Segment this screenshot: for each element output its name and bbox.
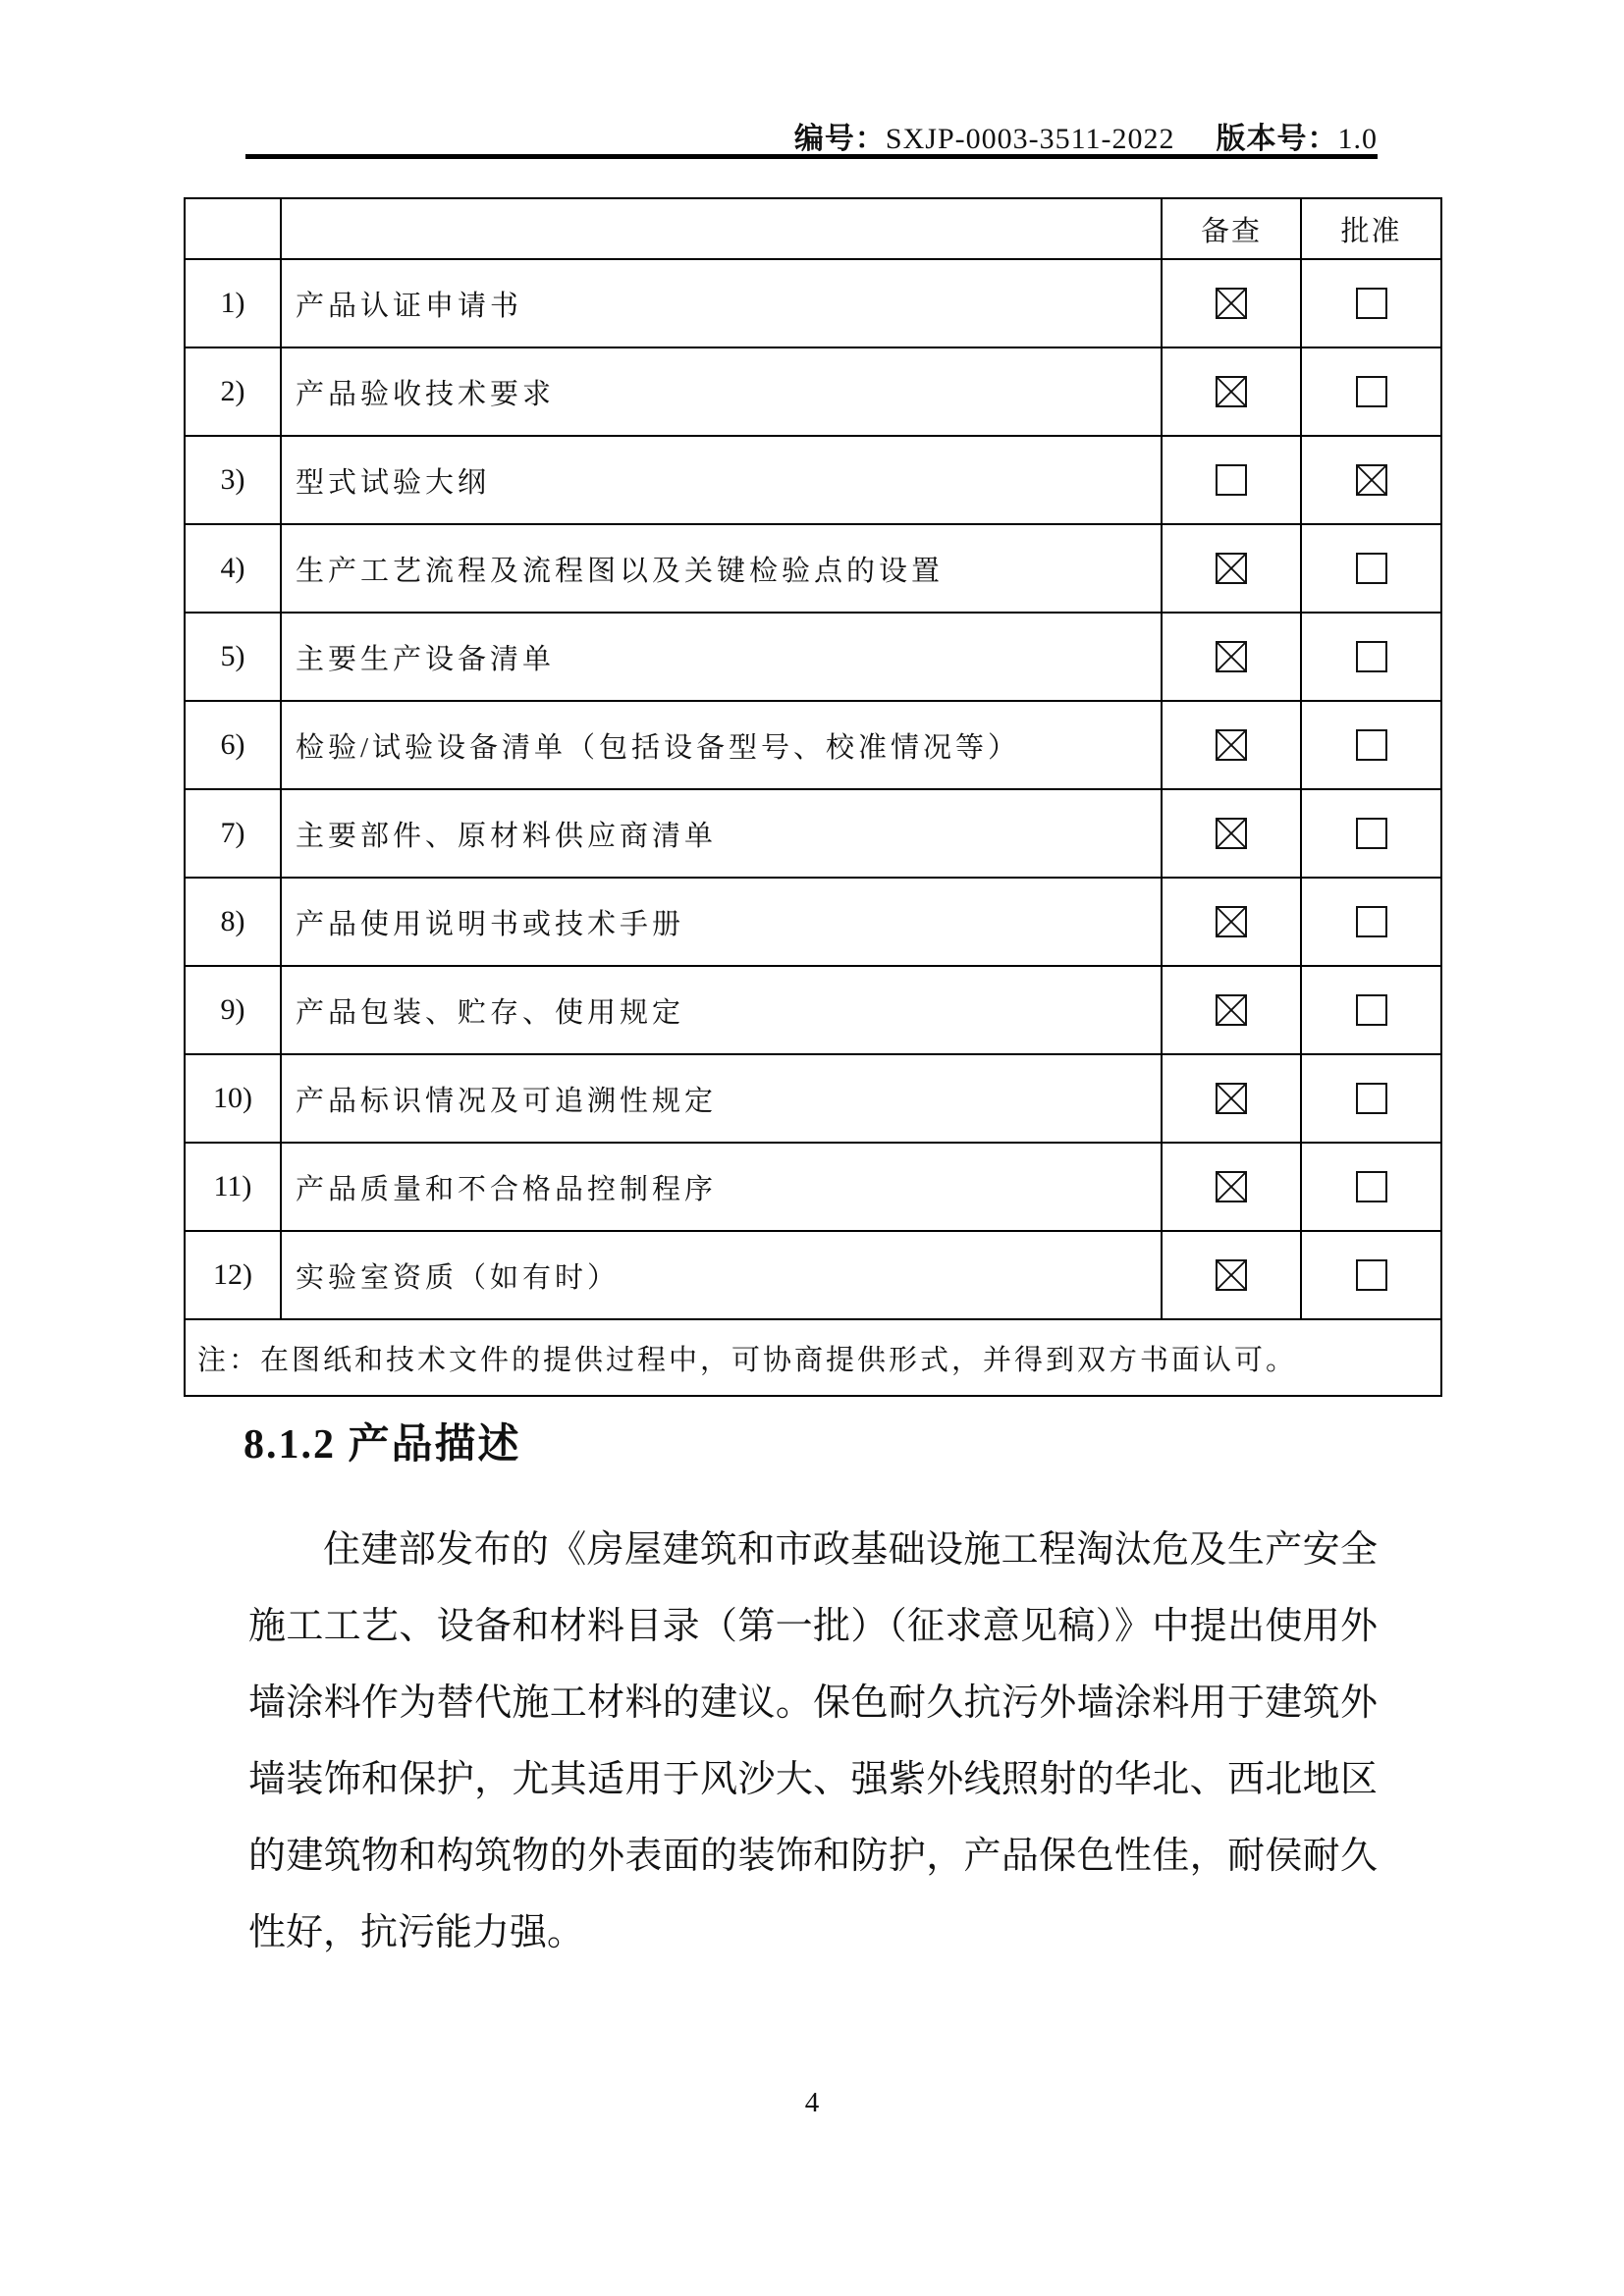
version-value: 1.0: [1338, 123, 1379, 155]
approval-checkbox: [1356, 818, 1387, 849]
for-record-checkbox: [1216, 376, 1247, 407]
row-item-label: 产品包装、贮存、使用规定: [281, 966, 1162, 1054]
for-record-checkbox: [1216, 553, 1247, 584]
for-record-checkbox: [1216, 994, 1247, 1026]
approval-checkbox: [1356, 729, 1387, 761]
page-number: 4: [0, 2087, 1624, 2119]
table-note-row: 注：在图纸和技术文件的提供过程中，可协商提供形式，并得到双方书面认可。: [185, 1319, 1441, 1396]
checklist-table: 备查 批准 1) 产品认证申请书 2) 产品验收技术要求 3) 型式试验大纲 4…: [184, 197, 1442, 1397]
paragraph-line: 住建部发布的《房屋建筑和市政基础设施工程淘汰危及生产安全: [248, 1512, 1378, 1588]
row-item-label: 产品标识情况及可追溯性规定: [281, 1054, 1162, 1143]
row-number: 12): [185, 1231, 281, 1319]
table-row: 12) 实验室资质（如有时）: [185, 1231, 1441, 1319]
table-row: 10) 产品标识情况及可追溯性规定: [185, 1054, 1441, 1143]
row-item-label: 型式试验大纲: [281, 436, 1162, 524]
header-rule: [245, 154, 1378, 159]
paragraph-line: 墙装饰和保护，尤其适用于风沙大、强紫外线照射的华北、西北地区: [248, 1741, 1378, 1818]
row-number: 2): [185, 347, 281, 436]
col-header-approval: 批准: [1301, 198, 1441, 259]
table-header-row: 备查 批准: [185, 198, 1441, 259]
doc-number-label: 编号：: [794, 123, 886, 155]
row-item-label: 产品质量和不合格品控制程序: [281, 1143, 1162, 1231]
table-row: 5) 主要生产设备清单: [185, 613, 1441, 701]
table-row: 11) 产品质量和不合格品控制程序: [185, 1143, 1441, 1231]
body-paragraph: 住建部发布的《房屋建筑和市政基础设施工程淘汰危及生产安全 施工工艺、设备和材料目…: [248, 1512, 1378, 1971]
approval-checkbox: [1356, 288, 1387, 319]
doc-header: 编号：SXJP-0003-3511-2022版本号：1.0: [0, 114, 1378, 157]
doc-number-value: SXJP-0003-3511-2022: [886, 123, 1175, 155]
row-number: 8): [185, 878, 281, 966]
approval-checkbox: [1356, 464, 1387, 496]
table-row: 3) 型式试验大纲: [185, 436, 1441, 524]
row-number: 6): [185, 701, 281, 789]
row-item-label: 主要生产设备清单: [281, 613, 1162, 701]
approval-checkbox: [1356, 1259, 1387, 1291]
table-row: 8) 产品使用说明书或技术手册: [185, 878, 1441, 966]
approval-checkbox: [1356, 1083, 1387, 1114]
table-row: 9) 产品包装、贮存、使用规定: [185, 966, 1441, 1054]
for-record-checkbox: [1216, 818, 1247, 849]
for-record-checkbox: [1216, 641, 1247, 672]
paragraph-line: 墙涂料作为替代施工材料的建议。保色耐久抗污外墙涂料用于建筑外: [248, 1665, 1378, 1741]
table-row: 1) 产品认证申请书: [185, 259, 1441, 347]
for-record-checkbox: [1216, 1083, 1247, 1114]
row-number: 1): [185, 259, 281, 347]
version-label: 版本号：: [1217, 123, 1338, 155]
row-number: 5): [185, 613, 281, 701]
row-item-label: 检验/试验设备清单（包括设备型号、校准情况等）: [281, 701, 1162, 789]
row-number: 4): [185, 524, 281, 613]
for-record-checkbox: [1216, 288, 1247, 319]
empty-header-cell: [185, 198, 281, 259]
for-record-checkbox: [1216, 1259, 1247, 1291]
row-item-label: 产品认证申请书: [281, 259, 1162, 347]
document-page: 编号：SXJP-0003-3511-2022版本号：1.0 备查 批准 1) 产…: [0, 0, 1624, 2296]
paragraph-line: 施工工艺、设备和材料目录（第一批）（征求意见稿）》中提出使用外: [248, 1588, 1378, 1665]
empty-header-cell: [281, 198, 1162, 259]
row-number: 7): [185, 789, 281, 878]
paragraph-line: 的建筑物和构筑物的外表面的装饰和防护，产品保色性佳，耐侯耐久: [248, 1818, 1378, 1895]
approval-checkbox: [1356, 1171, 1387, 1202]
table-row: 4) 生产工艺流程及流程图以及关键检验点的设置: [185, 524, 1441, 613]
table-row: 7) 主要部件、原材料供应商清单: [185, 789, 1441, 878]
for-record-checkbox: [1216, 729, 1247, 761]
row-item-label: 产品使用说明书或技术手册: [281, 878, 1162, 966]
row-number: 9): [185, 966, 281, 1054]
approval-checkbox: [1356, 553, 1387, 584]
row-number: 10): [185, 1054, 281, 1143]
approval-checkbox: [1356, 376, 1387, 407]
table-row: 6) 检验/试验设备清单（包括设备型号、校准情况等）: [185, 701, 1441, 789]
approval-checkbox: [1356, 641, 1387, 672]
row-item-label: 实验室资质（如有时）: [281, 1231, 1162, 1319]
table-note: 注：在图纸和技术文件的提供过程中，可协商提供形式，并得到双方书面认可。: [185, 1319, 1441, 1396]
row-item-label: 生产工艺流程及流程图以及关键检验点的设置: [281, 524, 1162, 613]
approval-checkbox: [1356, 994, 1387, 1026]
approval-checkbox: [1356, 906, 1387, 937]
row-number: 3): [185, 436, 281, 524]
table-row: 2) 产品验收技术要求: [185, 347, 1441, 436]
paragraph-line: 性好，抗污能力强。: [248, 1895, 1378, 1971]
for-record-checkbox: [1216, 464, 1247, 496]
row-item-label: 主要部件、原材料供应商清单: [281, 789, 1162, 878]
for-record-checkbox: [1216, 1171, 1247, 1202]
row-number: 11): [185, 1143, 281, 1231]
section-heading: 8.1.2 产品描述: [244, 1412, 521, 1470]
for-record-checkbox: [1216, 906, 1247, 937]
row-item-label: 产品验收技术要求: [281, 347, 1162, 436]
col-header-for-record: 备查: [1162, 198, 1301, 259]
